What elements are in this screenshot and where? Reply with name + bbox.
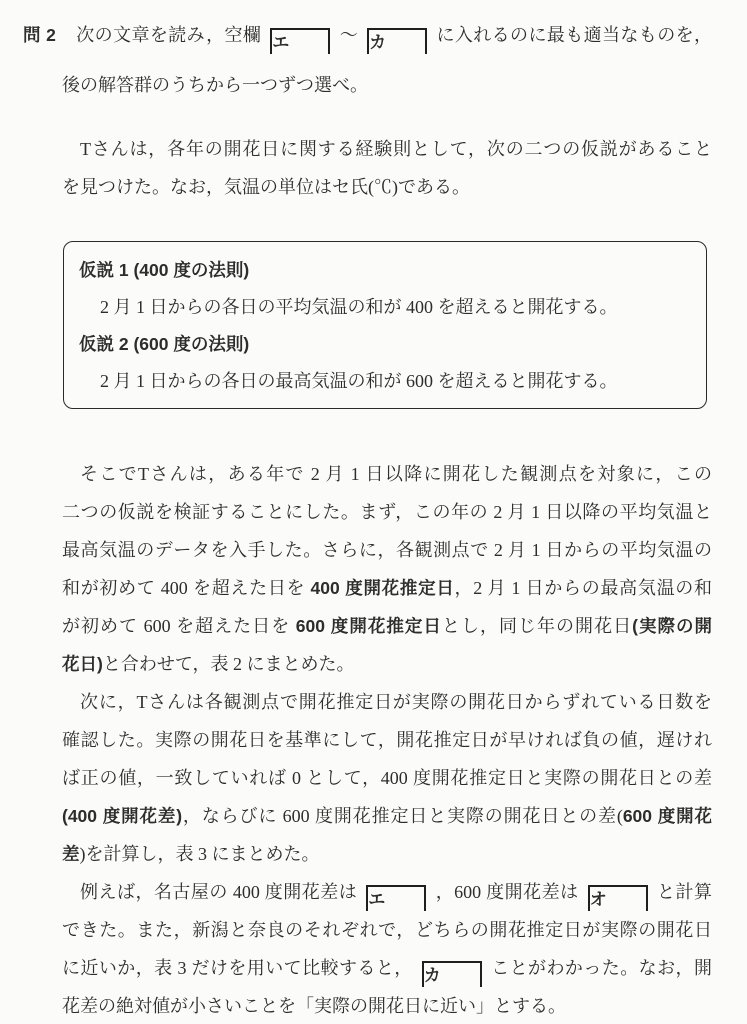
para4-line-3-text-2: ことがわかった。なお，開 bbox=[491, 958, 712, 978]
blank-box-o-inline: オ bbox=[588, 885, 648, 911]
question-number: 問 2 bbox=[23, 25, 56, 45]
para4-line-4: 花差の絶対値が小さいことを「実際の開花日に近い」とする。 bbox=[62, 987, 712, 1024]
header-text-after-blanks: に入れるのに最も適当なものを， bbox=[436, 25, 712, 45]
para4-line-1-text-2: ，600 度開花差は bbox=[435, 882, 578, 902]
para3-line-2: 確認した。実際の開花日を基準にして，開花推定日が早ければ負の値，遅けれ bbox=[62, 721, 712, 759]
question-header-line-1: 問 2次の文章を読み，空欄エ～カに入れるのに最も適当なものを， bbox=[23, 16, 712, 54]
para2-line-6: 花日)と合わせて，表 2 にまとめた。 bbox=[62, 645, 712, 683]
para1-line-1: Tさんは，各年の開花日に関する経験則として，次の二つの仮説があること bbox=[62, 130, 712, 168]
para2-line-4-text-2: ，2 月 1 日からの最高気温の和 bbox=[455, 578, 712, 598]
para2-line-2: 二つの仮説を検証することにした。まず，この年の 2 月 1 日以降の平均気温と bbox=[62, 493, 712, 531]
tilde-separator: ～ bbox=[339, 25, 358, 45]
para3-line-3: ば正の値，一致していれば 0 として，400 度開花推定日と実際の開花日との差 bbox=[62, 759, 712, 797]
term-600-degree-difference-part2: 差 bbox=[62, 844, 80, 864]
para2-line-6-text: と合わせて，表 2 にまとめた。 bbox=[103, 654, 355, 674]
para4-line-2: できた。また，新潟と奈良のそれぞれで，どちらの開花推定日が実際の開花日 bbox=[62, 911, 712, 949]
para2-line-4: 和が初めて 400 を超えた日を 400 度開花推定日，2 月 1 日からの最高… bbox=[62, 569, 712, 607]
para4-line-3: に近いか，表 3 だけを用いて比較すると，カことがわかった。なお，開 bbox=[62, 949, 712, 987]
term-actual-flowering-date-part1: (実際の開 bbox=[632, 616, 712, 636]
hypothesis-2-body: 2 月 1 日からの各日の最高気温の和が 600 を超えると開花する。 bbox=[64, 363, 688, 400]
blank-box-e-inline: エ bbox=[366, 885, 426, 911]
hypotheses-box: 仮説 1 (400 度の法則) 2 月 1 日からの各日の平均気温の和が 400… bbox=[63, 241, 707, 409]
para2-line-5-text-1: が初めて 600 を超えた日を bbox=[62, 616, 296, 636]
term-600-degree-estimate-date: 600 度開花推定日 bbox=[296, 616, 442, 636]
para2-line-1: そこでTさんは，ある年で 2 月 1 日以降に開花した観測点を対象に，この bbox=[62, 455, 712, 493]
para1-line-2: を見つけた。なお，気温の単位はセ氏(℃)である。 bbox=[62, 168, 712, 206]
document-content: 問 2次の文章を読み，空欄エ～カに入れるのに最も適当なものを， 後の解答群のうち… bbox=[0, 0, 747, 1024]
term-600-degree-difference-part1: 600 度開花 bbox=[623, 806, 712, 826]
exam-document-page: 問 2次の文章を読み，空欄エ～カに入れるのに最も適当なものを， 後の解答群のうち… bbox=[0, 0, 747, 1024]
para3-line-5: 差)を計算し，表 3 にまとめた。 bbox=[62, 835, 712, 873]
hypothesis-2-title: 仮説 2 (600 度の法則) bbox=[64, 326, 688, 363]
term-actual-flowering-date-part2: 花日) bbox=[62, 654, 103, 674]
para4-line-1-text-1: 例えば，名古屋の 400 度開花差は bbox=[80, 882, 357, 902]
blank-box-ka-inline: カ bbox=[422, 961, 482, 987]
header-text-before-blanks: 次の文章を読み，空欄 bbox=[76, 25, 261, 45]
para3-line-4: (400 度開花差)，ならびに 600 度開花推定日と実際の開花日との差(600… bbox=[62, 797, 712, 835]
hypothesis-1-body: 2 月 1 日からの各日の平均気温の和が 400 を超えると開花する。 bbox=[64, 289, 688, 326]
blank-box-ka-header: カ bbox=[367, 28, 427, 54]
term-400-degree-difference: (400 度開花差) bbox=[62, 806, 182, 826]
para3-line-4-text: ，ならびに 600 度開花推定日と実際の開花日との差( bbox=[182, 806, 623, 826]
para4-line-3-text-1: に近いか，表 3 だけを用いて比較すると， bbox=[62, 958, 413, 978]
para4-line-1-text-3: と計算 bbox=[657, 882, 712, 902]
para2-line-3: 最高気温のデータを入手した。さらに，各観測点で 2 月 1 日からの平均気温の bbox=[62, 531, 712, 569]
para3-line-1: 次に，Tさんは各観測点で開花推定日が実際の開花日からずれている日数を bbox=[62, 683, 712, 721]
para2-line-5: が初めて 600 を超えた日を 600 度開花推定日とし，同じ年の開花日(実際の… bbox=[62, 607, 712, 645]
blank-box-e-header: エ bbox=[270, 28, 330, 54]
term-400-degree-estimate-date: 400 度開花推定日 bbox=[310, 578, 454, 598]
para4-line-1: 例えば，名古屋の 400 度開花差はエ，600 度開花差はオと計算 bbox=[62, 873, 712, 911]
question-header-line-2: 後の解答群のうちから一つずつ選べ。 bbox=[62, 66, 712, 104]
hypothesis-1-title: 仮説 1 (400 度の法則) bbox=[64, 252, 688, 289]
para2-line-4-text-1: 和が初めて 400 を超えた日を bbox=[62, 578, 310, 598]
para3-line-5-text: )を計算し，表 3 にまとめた。 bbox=[80, 844, 320, 864]
para2-line-5-text-2: とし，同じ年の開花日 bbox=[442, 616, 632, 636]
